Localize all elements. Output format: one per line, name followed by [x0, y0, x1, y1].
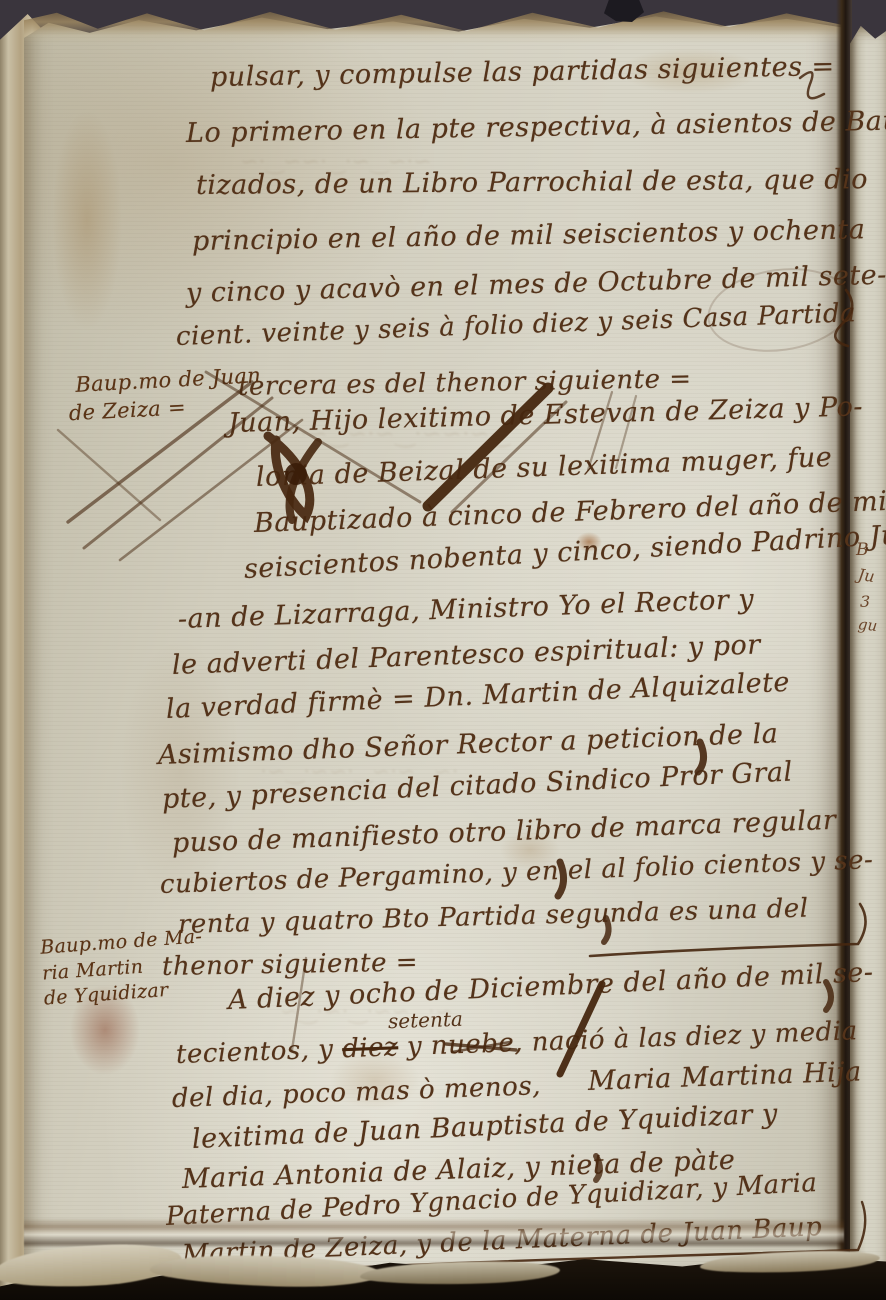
- manuscript-scan: { "document": { "kind": "handwritten Spa…: [0, 0, 886, 1300]
- manuscript-line: tizados, de un Libro Parrochial de esta,…: [196, 164, 868, 201]
- neighbor-fragment: gu: [857, 615, 878, 635]
- struck-word: diez: [342, 1032, 399, 1064]
- torn-top-edge: [24, 10, 844, 44]
- neighbor-fragment: B: [856, 540, 869, 560]
- margin-note-baptism-juan: Baup.mo de Juan de Zeiza =: [75, 361, 264, 427]
- margin-note-baptism-maria: Baup.mo de Ma- ria Martin de Yquidizar: [40, 924, 207, 1012]
- neighbor-fragment: 3: [860, 592, 870, 611]
- interlinear-insertion: setenta: [388, 1007, 464, 1034]
- bottom-fold-crease: [24, 1218, 844, 1248]
- correction-before: tecientos, y: [175, 1034, 342, 1070]
- neighbor-fragment: Ju: [857, 565, 876, 586]
